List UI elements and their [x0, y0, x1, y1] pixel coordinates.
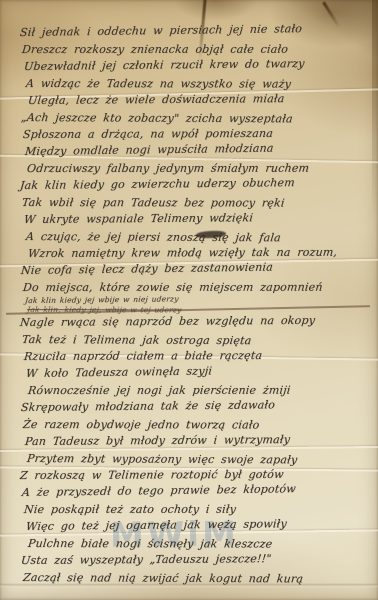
manuscript-line: W koło Tadeusza owinęła szyji: [25, 360, 377, 382]
manuscript-line: Więc go też jej ogarnęła jak wężą spowił…: [25, 514, 377, 535]
manuscript-line: Między omdlałe nogi wpuściła młodziana: [24, 138, 377, 160]
manuscript-page: MWiM Sił jednak i oddechu w piersiach je…: [0, 0, 378, 600]
manuscript-line: Zaczął się nad nią zwijać jak kogut nad …: [22, 569, 377, 588]
manuscript-lines: Sił jednak i oddechu w piersiach jej nie…: [20, 24, 376, 586]
manuscript-line: Sił jednak i oddechu w piersiach jej nie…: [19, 19, 377, 41]
manuscript-line: W ukryte wspaniale Telimeny wdzięki: [23, 208, 377, 228]
manuscript-line: Uległa, lecz że wiele doświadczenia miał…: [27, 89, 377, 109]
manuscript-line: Pan Tadeusz był młody zdrów i wytrzymały: [24, 430, 377, 450]
manuscript-line: Nagle rwąca się naprzód bez względu na o…: [19, 311, 377, 331]
manuscript-line: Jak klin kiedy go zwierzchu uderzy obuch…: [19, 173, 377, 194]
manuscript-line: Nie cofa się lecz dąży bez zastanowienia: [20, 257, 377, 279]
manuscript-line: Skrępowały młodziana tak że się zdawało: [20, 395, 377, 416]
manuscript-line: Ubezwładnił jej członki rzucił krew do t…: [23, 54, 377, 75]
manuscript-line: Usta zaś wyszeptały „Tadeuszu jeszcze!!": [20, 549, 377, 569]
manuscript-line: A że przyszedł do tego prawie bez kłopot…: [21, 479, 377, 501]
